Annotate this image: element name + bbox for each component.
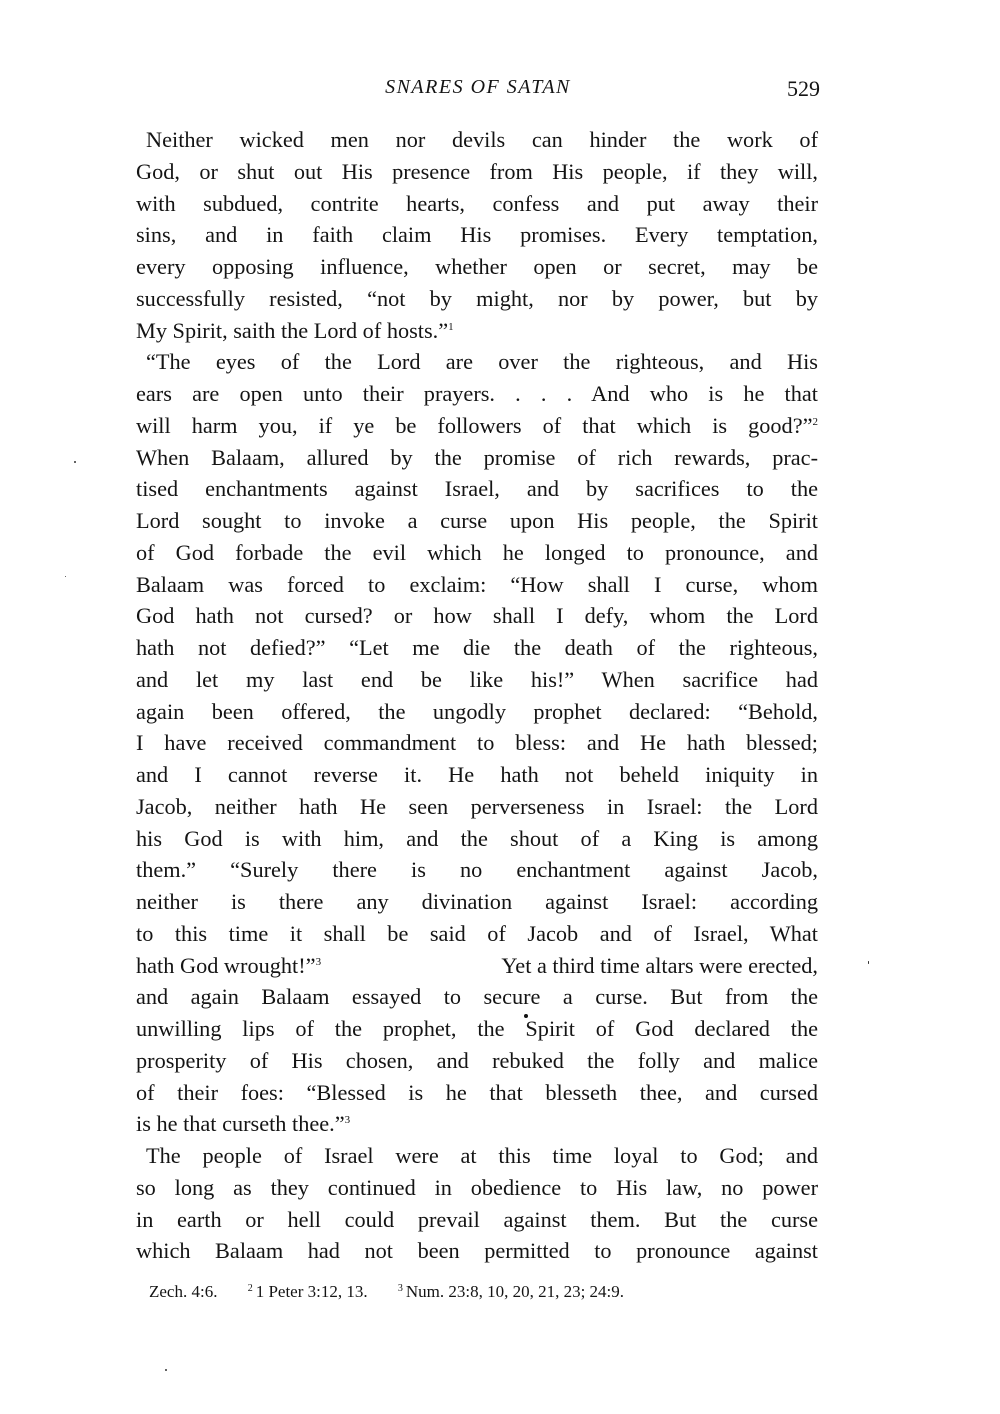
footnote-text: 1 Peter 3:12, 13. — [256, 1282, 368, 1301]
body-text: Neither wicked men nor devils can hinder… — [136, 124, 818, 1267]
footnote-1: Zech. 4:6. — [146, 1282, 217, 1302]
text-line: and I cannot reverse it. He hath not beh… — [136, 759, 818, 791]
text-line: again been offered, the ungodly prophet … — [136, 696, 818, 728]
scan-speck — [165, 1369, 167, 1371]
text-line: his God is with him, and the shout of a … — [136, 823, 818, 855]
text-line: is he that curseth thee.”3 — [136, 1108, 818, 1140]
text-line: Neither wicked men nor devils can hinder… — [136, 124, 818, 156]
text-line: When Balaam, allured by the promise of r… — [136, 442, 818, 474]
line-text: will harm you, if ye be followers of tha… — [136, 413, 813, 438]
footnote-marker: 2 — [248, 1283, 253, 1294]
footnote-ref: 1 — [448, 321, 454, 333]
scan-speck — [74, 461, 76, 463]
text-line: hath God wrought!”3Yet a third time alta… — [136, 950, 818, 982]
running-title: SNARES OF SATAN — [136, 76, 820, 99]
text-line: with subdued, contrite hearts, confess a… — [136, 188, 818, 220]
text-line: My Spirit, saith the Lord of hosts.”1 — [136, 315, 818, 347]
text-line: Lord sought to invoke a curse upon His p… — [136, 505, 818, 537]
text-line: which Balaam had not been permitted to p… — [136, 1235, 818, 1267]
text-line: “The eyes of the Lord are over the right… — [136, 346, 818, 378]
text-line: to this time it shall be said of Jacob a… — [136, 918, 818, 950]
running-head: SNARES OF SATAN 529 — [136, 76, 820, 104]
footnote-2: 21 Peter 3:12, 13. — [248, 1282, 368, 1302]
scan-speck — [868, 961, 869, 964]
text-line: ears are open unto their prayers. . . . … — [136, 378, 818, 410]
text-line: in earth or hell could prevail against t… — [136, 1204, 818, 1236]
text-line: successfully resisted, “not by might, no… — [136, 283, 818, 315]
footnote-text: Num. 23:8, 10, 20, 21, 23; 24:9. — [406, 1282, 624, 1301]
paragraph-3: The people of Israel were at this time l… — [136, 1140, 818, 1267]
text-line: neither is there any divination against … — [136, 886, 818, 918]
text-line: every opposing influence, whether open o… — [136, 251, 818, 283]
paragraph-1: Neither wicked men nor devils can hinder… — [136, 124, 818, 346]
line-text: My Spirit, saith the Lord of hosts.” — [136, 318, 448, 343]
scan-speck — [65, 576, 66, 577]
scan-speck — [524, 1014, 528, 1018]
line-text: hath God wrought!” — [136, 953, 316, 978]
book-page: SNARES OF SATAN 529 Neither wicked men n… — [0, 0, 1000, 1414]
text-line: sins, and in faith claim His promises. E… — [136, 219, 818, 251]
text-line: I have received commandment to bless: an… — [136, 727, 818, 759]
footnotes: Zech. 4:6. 21 Peter 3:12, 13. 3Num. 23:8… — [146, 1282, 826, 1302]
page-number: 529 — [787, 76, 820, 102]
line-text: is he that curseth thee.” — [136, 1111, 345, 1136]
text-line: of God forbade the evil which he longed … — [136, 537, 818, 569]
text-line: Jacob, neither hath He seen perverseness… — [136, 791, 818, 823]
footnote-ref: 3 — [316, 956, 322, 968]
text-line: tised enchantments against Israel, and b… — [136, 473, 818, 505]
text-line: of their foes: “Blessed is he that bless… — [136, 1077, 818, 1109]
text-line: prosperity of His chosen, and rebuked th… — [136, 1045, 818, 1077]
text-line: unwilling lips of the prophet, the Spiri… — [136, 1013, 818, 1045]
text-line: God hath not cursed? or how shall I defy… — [136, 600, 818, 632]
footnote-text: Zech. 4:6. — [149, 1282, 217, 1301]
text-line: God, or shut out His presence from His p… — [136, 156, 818, 188]
text-line: Balaam was forced to exclaim: “How shall… — [136, 569, 818, 601]
text-line: so long as they continued in obedience t… — [136, 1172, 818, 1204]
text-line: hath not defied?” “Let me die the death … — [136, 632, 818, 664]
text-line: and again Balaam essayed to secure a cur… — [136, 981, 818, 1013]
text-line: them.” “Surely there is no enchantment a… — [136, 854, 818, 886]
line-text: Yet a third time altars were erected, — [501, 950, 818, 982]
footnote-ref: 2 — [813, 416, 819, 428]
paragraph-2: “The eyes of the Lord are over the right… — [136, 346, 818, 1140]
text-line: The people of Israel were at this time l… — [136, 1140, 818, 1172]
footnote-ref: 3 — [345, 1114, 351, 1126]
text-line: and let my last end be like his!” When s… — [136, 664, 818, 696]
footnote-marker: 3 — [398, 1283, 403, 1294]
text-line: will harm you, if ye be followers of tha… — [136, 410, 818, 442]
footnote-3: 3Num. 23:8, 10, 20, 21, 23; 24:9. — [398, 1282, 624, 1302]
